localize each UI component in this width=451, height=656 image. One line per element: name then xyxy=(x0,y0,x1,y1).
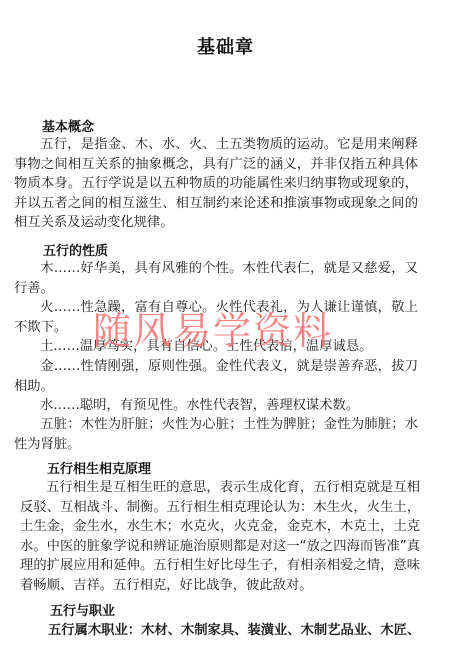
section-heading-generation-restriction: 五行相生相克原理 xyxy=(47,458,151,477)
document-page: 基础章 基本概念 五行，是指金、木、水、火、土五类物质的运动。它是用来阐释事物之… xyxy=(0,0,451,656)
paragraph-basic-concept: 五行，是指金、木、水、火、土五类物质的运动。它是用来阐释事物之间相互关系的抽象概… xyxy=(14,135,418,233)
watermark-text: 随风易学资料 xyxy=(93,300,333,355)
paragraph-wood-occupations: 五行属木职业：木材、木制家具、装潢业、木制艺品业、木匠、 xyxy=(48,621,428,641)
paragraph-metal: 金……性情刚强，原则性强。金性代表义，就是崇善弃恶，拔刀相助。 xyxy=(14,357,418,396)
paragraph-five-organs: 五脏：木性为肝脏；火性为心脏；土性为脾脏；金性为肺脏；水性为肾脏。 xyxy=(14,415,418,454)
paragraph-water: 水……聪明，有预见性。水性代表智，善理权谋术数。 xyxy=(14,396,418,416)
section-heading-properties: 五行的性质 xyxy=(43,240,108,259)
section-heading-basic-concept: 基本概念 xyxy=(42,116,94,135)
paragraph-generation-restriction: 五行相生是互相生旺的意思，表示生成化育，五行相克就是互相反驳、互相战斗、制衡。五… xyxy=(20,478,420,596)
chapter-title: 基础章 xyxy=(0,33,451,59)
section-heading-occupations: 五行与职业 xyxy=(50,600,115,619)
paragraph-wood: 木……好华美，具有风雅的个性。木性代表仁，就是又慈爱，又行善。 xyxy=(14,259,418,298)
